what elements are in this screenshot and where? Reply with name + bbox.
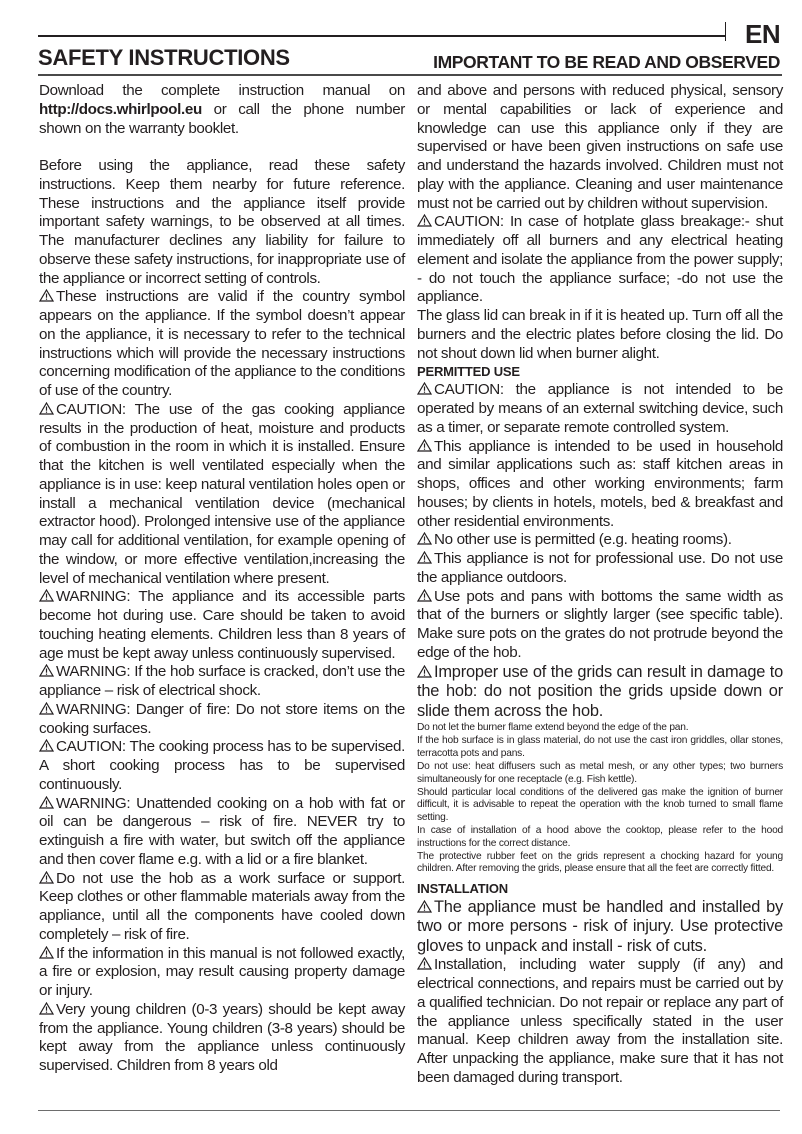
warning-item: Installation, including water supply (if… — [417, 956, 783, 1087]
warning-triangle-icon — [39, 664, 54, 677]
header-tick-mark — [725, 22, 726, 41]
warning-text: Do not use the hob as a work surface or … — [39, 870, 405, 943]
warning-text: WARNING: Unattended cooking on a hob wit… — [39, 795, 405, 868]
warning-triangle-icon — [39, 871, 54, 884]
warning-text: Installation, including water supply (if… — [417, 956, 783, 1086]
caution-text: CAUTION: The cooking process has to be s… — [39, 738, 405, 793]
warning-item: WARNING: Unattended cooking on a hob wit… — [39, 795, 405, 870]
warning-text: Improper use of the grids can result in … — [417, 663, 783, 720]
warning-triangle-icon — [39, 289, 54, 302]
warning-triangle-icon — [39, 739, 54, 752]
warning-item: WARNING: Danger of fire: Do not store it… — [39, 701, 405, 739]
section-heading-permitted-use: PERMITTED USE — [417, 363, 783, 381]
warning-item: This appliance is not for professional u… — [417, 550, 783, 588]
warning-item: Improper use of the grids can result in … — [417, 663, 783, 722]
caution-text: CAUTION: the appliance is not intended t… — [417, 381, 783, 436]
warning-item: This appliance is intended to be used in… — [417, 438, 783, 532]
warning-item: Very young children (0-3 years) should b… — [39, 1001, 405, 1076]
caution-text: CAUTION: In case of hotplate glass break… — [417, 213, 783, 305]
language-code: EN — [745, 19, 780, 50]
warning-item: Do not use the hob as a work surface or … — [39, 870, 405, 945]
note-item: If the hob surface is in glass material,… — [417, 735, 783, 760]
warning-triangle-icon — [417, 665, 432, 678]
warning-text: WARNING: Danger of fire: Do not store it… — [39, 701, 405, 737]
note-item: The protective rubber feet on the grids … — [417, 851, 783, 876]
warning-triangle-icon — [417, 439, 432, 452]
caution-item: CAUTION: The cooking process has to be s… — [39, 738, 405, 794]
warning-item: The appliance must be handled and instal… — [417, 898, 783, 957]
warning-item: These instructions are valid if the coun… — [39, 288, 405, 401]
warning-triangle-icon — [39, 702, 54, 715]
note-item: Do not use: heat diffusers such as metal… — [417, 761, 783, 786]
header-top-rule — [38, 35, 726, 37]
footer-rule — [38, 1110, 780, 1111]
warning-triangle-icon — [39, 589, 54, 602]
warning-text: Use pots and pans with bottoms the same … — [417, 588, 783, 661]
page-subtitle: IMPORTANT TO BE READ AND OBSERVED — [433, 52, 780, 73]
continued-paragraph: and above and persons with reduced physi… — [417, 82, 783, 213]
warning-triangle-icon — [39, 1002, 54, 1015]
right-column: and above and persons with reduced physi… — [417, 82, 783, 1088]
caution-item: CAUTION: the appliance is not intended t… — [417, 381, 783, 437]
header-underline — [38, 74, 782, 76]
warning-item: Use pots and pans with bottoms the same … — [417, 588, 783, 663]
warning-triangle-icon — [417, 900, 432, 913]
warning-text: WARNING: If the hob surface is cracked, … — [39, 663, 405, 699]
warning-item: If the information in this manual is not… — [39, 945, 405, 1001]
warning-triangle-icon — [39, 402, 54, 415]
warning-text: No other use is permitted (e.g. heating … — [434, 531, 732, 548]
warning-triangle-icon — [417, 589, 432, 602]
warning-text: If the information in this manual is not… — [39, 945, 405, 1000]
warning-text: These instructions are valid if the coun… — [39, 288, 405, 399]
warning-text: The appliance must be handled and instal… — [417, 898, 783, 955]
warning-triangle-icon — [39, 796, 54, 809]
intro-text-pre: Download the complete instruction manual… — [39, 82, 405, 99]
glass-lid-paragraph: The glass lid can break in if it is heat… — [417, 307, 783, 363]
intro-paragraph: Download the complete instruction manual… — [39, 82, 405, 138]
warning-text: This appliance is intended to be used in… — [417, 438, 783, 530]
note-item: In case of installation of a hood above … — [417, 825, 783, 850]
warning-text: This appliance is not for professional u… — [417, 550, 783, 586]
warning-triangle-icon — [417, 957, 432, 970]
warning-triangle-icon — [417, 532, 432, 545]
warning-item: No other use is permitted (e.g. heating … — [417, 531, 783, 550]
caution-text: CAUTION: The use of the gas cooking appl… — [39, 401, 405, 587]
before-use-paragraph: Before using the appliance, read these s… — [39, 157, 405, 288]
caution-item: CAUTION: The use of the gas cooking appl… — [39, 401, 405, 589]
warning-triangle-icon — [417, 551, 432, 564]
warning-text: Very young children (0-3 years) should b… — [39, 1001, 405, 1074]
warning-triangle-icon — [39, 946, 54, 959]
left-column: Download the complete instruction manual… — [39, 82, 405, 1076]
note-item: Should particular local conditions of th… — [417, 787, 783, 824]
section-heading-installation: INSTALLATION — [417, 880, 783, 898]
warning-item: WARNING: If the hob surface is cracked, … — [39, 663, 405, 701]
spacer — [39, 138, 405, 157]
warning-item: WARNING: The appliance and its accessibl… — [39, 588, 405, 663]
warning-triangle-icon — [417, 382, 432, 395]
warning-text: WARNING: The appliance and its accessibl… — [39, 588, 405, 661]
caution-item: CAUTION: In case of hotplate glass break… — [417, 213, 783, 307]
warning-triangle-icon — [417, 214, 432, 227]
note-item: Do not let the burner flame extend beyon… — [417, 722, 783, 734]
manual-link[interactable]: http://docs.whirlpool.eu — [39, 101, 202, 118]
page-title: SAFETY INSTRUCTIONS — [38, 45, 290, 71]
